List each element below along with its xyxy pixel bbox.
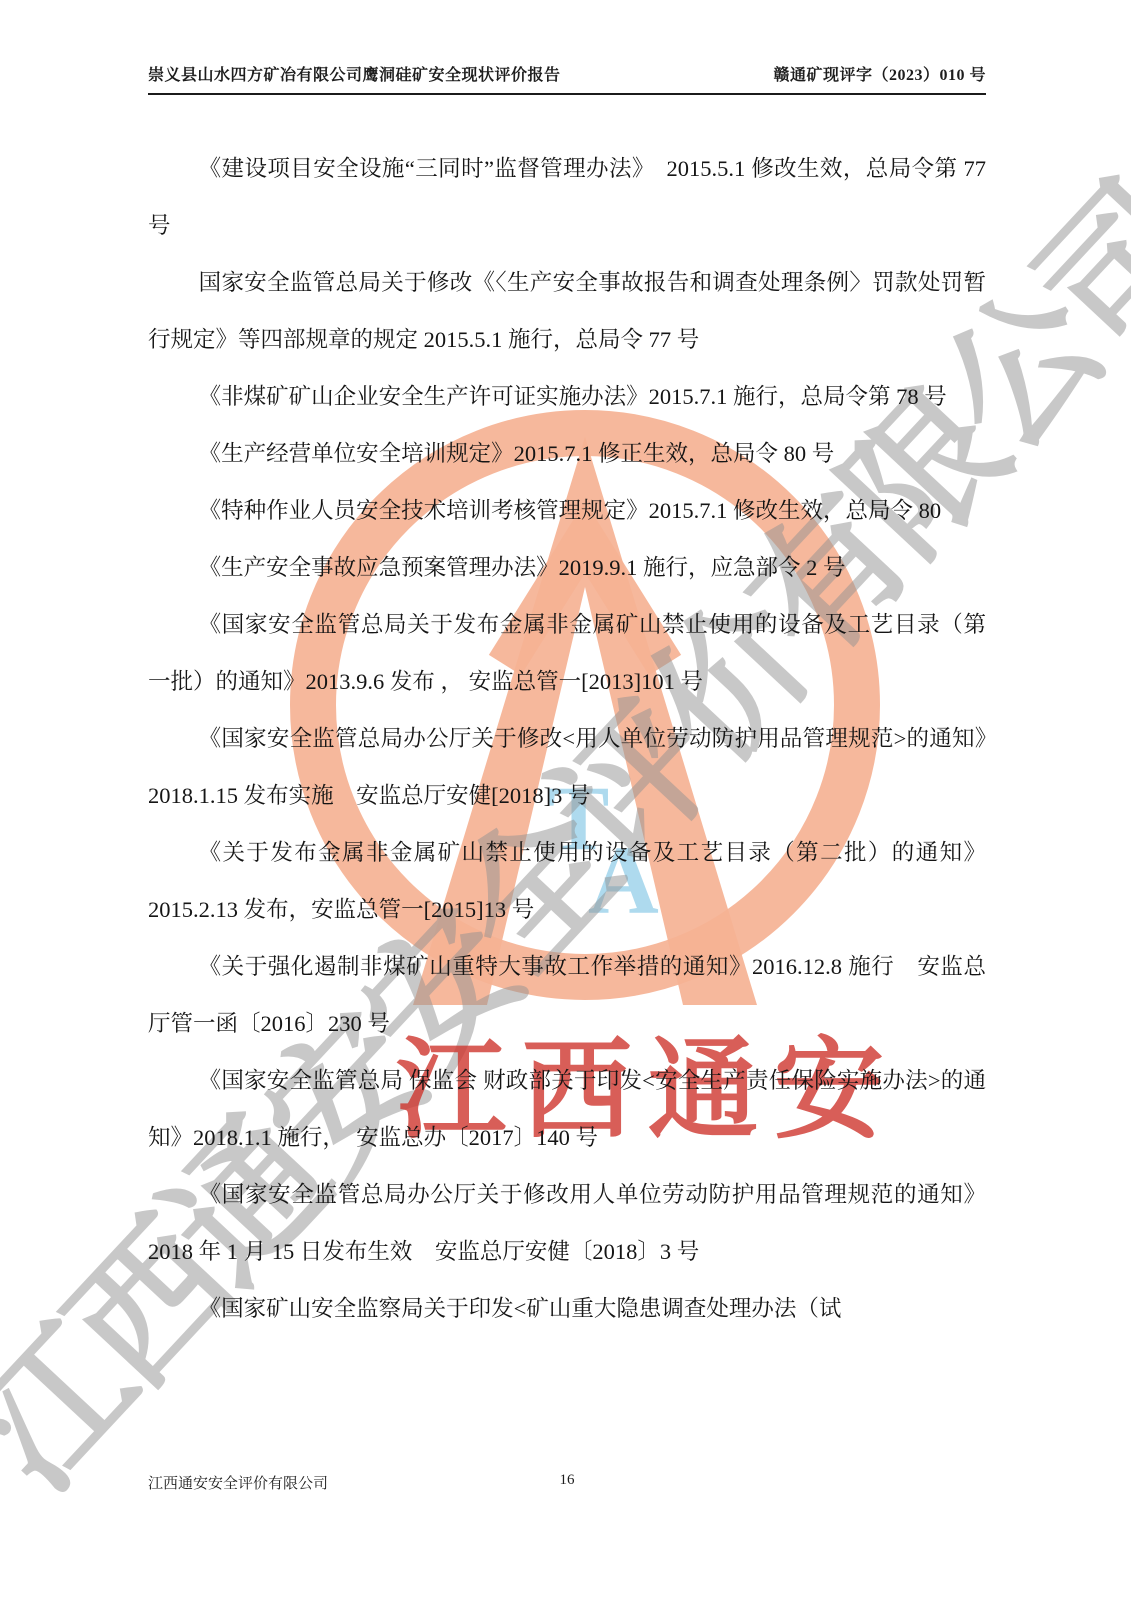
regulation-paragraph: 《非煤矿矿山企业安全生产许可证实施办法》2015.7.1 施行，总局令第 78 … xyxy=(148,368,986,425)
document-page: T A 江西通安安全评价有限公司 江西通安 崇义县山水四方矿冶有限公司鹰洞硅矿安… xyxy=(0,0,1131,1600)
report-title: 崇义县山水四方矿冶有限公司鹰洞硅矿安全现状评价报告 xyxy=(148,62,561,85)
regulation-paragraph: 《关于强化遏制非煤矿山重特大事故工作举措的通知》2016.12.8 施行 安监总… xyxy=(148,938,986,1052)
regulation-paragraph: 国家安全监管总局关于修改《〈生产安全事故报告和调查处理条例〉罚款处罚暂行规定》等… xyxy=(148,254,986,368)
regulation-paragraph: 《国家矿山安全监察局关于印发<矿山重大隐患调查处理办法（试 xyxy=(148,1280,986,1337)
regulation-paragraph: 《特种作业人员安全技术培训考核管理规定》2015.7.1 修改生效，总局令 80 xyxy=(148,482,986,539)
regulation-paragraph: 《国家安全监管总局 保监会 财政部关于印发<安全生产责任保险实施办法>的通知》2… xyxy=(148,1052,986,1166)
page-header: 崇义县山水四方矿冶有限公司鹰洞硅矿安全现状评价报告 赣通矿现评字（2023）01… xyxy=(148,62,986,95)
regulation-paragraph: 《建设项目安全设施“三同时”监督管理办法》 2015.5.1 修改生效，总局令第… xyxy=(148,140,986,254)
document-body: 《建设项目安全设施“三同时”监督管理办法》 2015.5.1 修改生效，总局令第… xyxy=(148,140,986,1337)
page-number: 16 xyxy=(148,1472,986,1489)
regulation-paragraph: 《关于发布金属非金属矿山禁止使用的设备及工艺目录（第二批）的通知》2015.2.… xyxy=(148,824,986,938)
regulation-paragraph: 《生产经营单位安全培训规定》2015.7.1 修正生效，总局令 80 号 xyxy=(148,425,986,482)
regulation-paragraph: 《生产安全事故应急预案管理办法》2019.9.1 施行，应急部令 2 号 xyxy=(148,539,986,596)
regulation-paragraph: 《国家安全监管总局办公厅关于修改用人单位劳动防护用品管理规范的通知》2018 年… xyxy=(148,1166,986,1280)
regulation-paragraph: 《国家安全监管总局办公厅关于修改<用人单位劳动防护用品管理规范>的通知》2018… xyxy=(148,710,986,824)
document-number: 赣通矿现评字（2023）010 号 xyxy=(773,62,986,85)
regulation-paragraph: 《国家安全监管总局关于发布金属非金属矿山禁止使用的设备及工艺目录（第一批）的通知… xyxy=(148,596,986,710)
